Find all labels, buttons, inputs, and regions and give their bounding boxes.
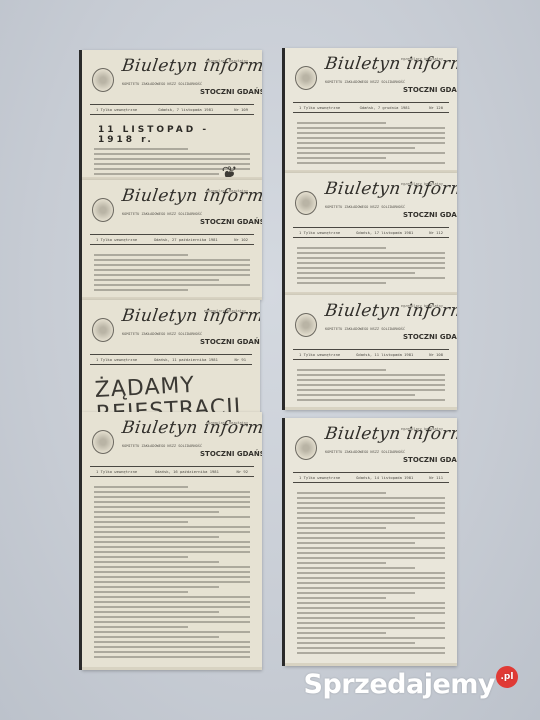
text-line: [297, 497, 445, 499]
text-line: [297, 572, 445, 574]
text-line: [297, 557, 445, 559]
emblem-icon: [92, 68, 114, 92]
newsletter-sheet: Biuletyn informacyjnyKomitetu Zakładoweg…: [82, 412, 262, 670]
text-line: [297, 647, 445, 649]
text-line: [94, 526, 250, 528]
text-line: [297, 379, 445, 381]
text-line: [297, 537, 445, 539]
text-line: [94, 511, 219, 513]
text-line: [94, 254, 188, 256]
masthead: Biuletyn informacyjnyKomitetu Zakładoweg…: [82, 300, 260, 354]
newsletter-body: ŻĄDAMY REJESTRACJI NSZZ: [82, 365, 260, 418]
newsletter-tag: egzemplarz bezpłatny: [401, 182, 443, 186]
text-line: [94, 606, 250, 608]
watermark-text: Sprzedajemy: [304, 669, 495, 700]
text-line: [297, 127, 445, 129]
text-line: [94, 601, 250, 603]
text-line: [297, 394, 415, 396]
stacked-page-edge: [285, 407, 457, 410]
text-line: [297, 632, 386, 634]
text-line: [94, 496, 250, 498]
masthead: Biuletyn informacyjnyKomitetu Zakładoweg…: [82, 50, 262, 104]
text-line: [297, 257, 445, 259]
emblem-icon: [295, 191, 317, 215]
text-line: [297, 597, 386, 599]
issue-label: 1 Tylko wewnętrzne: [299, 105, 340, 110]
text-line: [297, 617, 415, 619]
watermark: Sprzedajemy.pl: [304, 669, 518, 702]
text-line: [297, 147, 415, 149]
issue-label: 1 Tylko wewnętrzne: [96, 107, 137, 112]
newsletter-tag: egzemplarz bezpłatny: [206, 189, 248, 193]
text-line: [94, 656, 250, 658]
issue-info-bar: 1 Tylko wewnętrzneGdańsk, 14 listopada 1…: [293, 472, 449, 483]
emblem-icon: [295, 436, 317, 460]
newsletter-body: [285, 360, 457, 401]
issue-label: 1 Tylko wewnętrzne: [96, 237, 137, 242]
newsletter-tag: egzemplarz bezpłatny: [204, 309, 246, 313]
text-line: [94, 636, 219, 638]
masthead: Biuletyn informacyjnyKomitetu Zakładoweg…: [82, 412, 262, 466]
newsletter-body: [82, 245, 262, 291]
newsletter-body: [285, 483, 457, 654]
masthead: Biuletyn informacyjnyKomitetu Zakładoweg…: [285, 173, 457, 227]
text-line: [297, 267, 445, 269]
text-line: [297, 552, 445, 554]
masthead: Biuletyn informacyjnyKomitetu Zakładoweg…: [82, 180, 262, 234]
text-line: [297, 542, 415, 544]
text-line: [297, 247, 386, 249]
text-line: [297, 582, 445, 584]
newsletter-tag: egzemplarz bezpłatny: [206, 421, 248, 425]
text-line: [94, 274, 250, 276]
text-line: [94, 571, 250, 573]
issue-number: Nr 120: [429, 105, 443, 110]
text-line: [297, 399, 445, 401]
emblem-icon: [92, 430, 114, 454]
text-line: [94, 611, 219, 613]
text-line: [297, 652, 445, 654]
text-line: [297, 577, 445, 579]
text-line: [297, 132, 445, 134]
text-line: [94, 491, 250, 493]
newsletter-sheet: Biuletyn informacyjnyKomitetu Zakładoweg…: [82, 50, 262, 180]
text-line: [94, 581, 250, 583]
issue-number: Nr 102: [234, 237, 248, 242]
newsletter-org: STOCZNI GDAŃSKIEJ: [403, 333, 457, 341]
text-line: [94, 586, 219, 588]
text-line: [297, 637, 445, 639]
text-line: [297, 252, 445, 254]
text-line: [297, 492, 386, 494]
text-line: [94, 516, 250, 518]
issue-date: Gdańsk, 7 listopada 1981: [158, 107, 213, 112]
text-line: [94, 501, 250, 503]
text-line: [297, 512, 445, 514]
text-line: [297, 517, 415, 519]
issue-number: Nr 111: [429, 475, 443, 480]
newsletter-body: [82, 477, 262, 658]
emblem-icon: [295, 313, 317, 337]
text-line: [297, 602, 445, 604]
masthead: Biuletyn informacyjnyKomitetu Zakładoweg…: [285, 295, 457, 349]
text-line: [297, 142, 445, 144]
text-line: [297, 607, 445, 609]
issue-info-bar: 1 Tylko wewnętrzneGdańsk, 7 listopada 19…: [90, 104, 254, 115]
issue-label: 1 Tylko wewnętrzne: [299, 230, 340, 235]
issue-label: 1 Tylko wewnętrzne: [96, 357, 137, 362]
slogan: ŻĄDAMY REJESTRACJI NSZZ: [94, 371, 250, 418]
newsletter-tag: egzemplarz bezpłatny: [401, 57, 443, 61]
newsletter-tag: egzemplarz bezpłatny: [401, 304, 443, 308]
text-line: [297, 152, 445, 154]
text-line: [94, 541, 250, 543]
text-line: [94, 521, 188, 523]
text-line: [297, 137, 445, 139]
newsletter-sheet: Biuletyn informacyjnyKomitetu Zakładoweg…: [285, 173, 457, 295]
emblem-icon: [92, 318, 114, 342]
masthead: Biuletyn informacyjnyKomitetu Zakładoweg…: [285, 48, 457, 102]
emblem-icon: [295, 66, 317, 90]
newsletter-subtitle: Komitetu Zakładowego NSZZ Solidarność: [325, 327, 415, 332]
stacked-page-edge: [82, 667, 262, 670]
issue-number: Nr 108: [429, 352, 443, 357]
text-line: [297, 567, 415, 569]
text-line: [94, 269, 250, 271]
text-line: [94, 486, 188, 488]
newsletter-subtitle: Komitetu Zakładowego NSZZ Solidarność: [325, 205, 415, 210]
text-line: [297, 612, 445, 614]
text-line: [94, 576, 250, 578]
watermark-badge: .pl: [496, 666, 518, 688]
issue-number: Nr 112: [429, 230, 443, 235]
newsletter-subtitle: Komitetu Zakładowego NSZZ Solidarność: [122, 444, 212, 449]
text-line: [94, 596, 250, 598]
newsletter-sheet: Biuletyn informacyjnyKomitetu Zakładoweg…: [285, 48, 457, 173]
text-line: [297, 389, 445, 391]
newsletter-sheet: Biuletyn informacyjnyKomitetu Zakładoweg…: [82, 300, 260, 418]
issue-label: 1 Tylko wewnętrzne: [299, 352, 340, 357]
headline: 11 LISTOPAD - 1918 r.: [98, 125, 250, 145]
text-line: [297, 622, 445, 624]
newsletter-org: STOCZNI GDAŃSKIEJ: [200, 450, 262, 458]
text-line: [94, 651, 250, 653]
text-line: [94, 536, 219, 538]
text-line: [297, 374, 445, 376]
issue-date: Gdańsk, 27 października 1981: [154, 237, 218, 242]
text-line: [297, 547, 445, 549]
newsletter-subtitle: Komitetu Zakładowego NSZZ Solidarność: [122, 332, 212, 337]
newsletter-org: STOCZNI GDAŃSKIEJ: [200, 338, 260, 346]
newsletter-tag: egzemplarz bezpłatny: [401, 427, 443, 431]
text-line: [94, 631, 250, 633]
text-line: [297, 122, 386, 124]
text-line: [94, 173, 219, 175]
stacked-page-edge: [285, 663, 457, 666]
newsletter-body: [285, 238, 457, 284]
text-line: [94, 621, 250, 623]
text-line: [94, 626, 188, 628]
issue-date: Gdańsk, 7 grudnia 1981: [360, 105, 410, 110]
text-line: [297, 262, 445, 264]
issue-info-bar: 1 Tylko wewnętrzneGdańsk, 16 październik…: [90, 466, 254, 477]
text-line: [94, 551, 250, 553]
newsletter-sheet: Biuletyn informacyjnyKomitetu Zakładoweg…: [285, 418, 457, 666]
newsletter-subtitle: Komitetu Zakładowego NSZZ Solidarność: [122, 212, 212, 217]
newsletter-org: STOCZNI GDAŃSKIEJ: [403, 211, 457, 219]
text-line: [297, 627, 445, 629]
masthead: Biuletyn informacyjnyKomitetu Zakładoweg…: [285, 418, 457, 472]
text-line: [297, 522, 445, 524]
text-line: [297, 642, 415, 644]
text-line: [94, 561, 219, 563]
issue-info-bar: 1 Tylko wewnętrzneGdańsk, 7 grudnia 1981…: [293, 102, 449, 113]
newsletter-subtitle: Komitetu Zakładowego NSZZ Solidarność: [325, 450, 415, 455]
text-line: [297, 272, 415, 274]
issue-label: 1 Tylko wewnętrzne: [299, 475, 340, 480]
text-line: [94, 259, 250, 261]
issue-date: Gdańsk, 16 października 1981: [155, 469, 219, 474]
text-line: [94, 566, 250, 568]
text-line: [297, 157, 386, 159]
text-line: [297, 369, 386, 371]
issue-date: Gdańsk, 11 listopada 1981: [356, 352, 413, 357]
text-line: [297, 502, 445, 504]
text-line: [94, 641, 250, 643]
newsletter-sheet: Biuletyn informacyjnyKomitetu Zakładoweg…: [82, 180, 262, 300]
newsletter-subtitle: Komitetu Zakładowego NSZZ Solidarność: [122, 82, 212, 87]
text-line: [94, 646, 250, 648]
newsletter-body: [285, 113, 457, 164]
text-line: [297, 592, 415, 594]
newsletter-subtitle: Komitetu Zakładowego NSZZ Solidarność: [325, 80, 415, 85]
text-line: [94, 148, 188, 150]
issue-date: Gdańsk, 17 listopada 1981: [356, 230, 413, 235]
issue-date: Gdańsk, 14 listopada 1981: [356, 475, 413, 480]
text-line: [297, 277, 445, 279]
text-line: [297, 527, 386, 529]
newsletter-org: STOCZNI GDAŃSKIEJ: [200, 218, 262, 226]
text-line: [297, 587, 445, 589]
newsletter-sheet: Biuletyn informacyjnyKomitetu Zakładoweg…: [285, 295, 457, 410]
emblem-icon: [92, 198, 114, 222]
text-line: [94, 546, 250, 548]
text-line: [94, 591, 188, 593]
text-line: [297, 562, 386, 564]
issue-info-bar: 1 Tylko wewnętrzneGdańsk, 11 listopada 1…: [293, 349, 449, 360]
text-line: [94, 616, 250, 618]
text-line: [94, 531, 250, 533]
text-line: [297, 532, 445, 534]
issue-label: 1 Tylko wewnętrzne: [96, 469, 137, 474]
newsletter-tag: egzemplarz bezpłatny: [206, 59, 248, 63]
text-line: [94, 556, 188, 558]
issue-info-bar: 1 Tylko wewnętrzneGdańsk, 17 listopada 1…: [293, 227, 449, 238]
issue-info-bar: 1 Tylko wewnętrzneGdańsk, 11 październik…: [90, 354, 252, 365]
newsletter-org: STOCZNI GDAŃSKIEJ: [403, 456, 457, 464]
newsletter-org: STOCZNI GDAŃSKIEJ: [200, 88, 262, 96]
issue-number: Nr 91: [235, 357, 246, 362]
text-line: [94, 289, 188, 291]
text-line: [297, 282, 386, 284]
issue-number: Nr 92: [237, 469, 248, 474]
issue-info-bar: 1 Tylko wewnętrzneGdańsk, 27 październik…: [90, 234, 254, 245]
text-line: [94, 279, 219, 281]
text-line: [94, 284, 250, 286]
text-line: [94, 153, 250, 155]
text-line: [94, 264, 250, 266]
text-line: [94, 506, 250, 508]
issue-number: Nr 109: [234, 107, 248, 112]
newsletter-org: STOCZNI GDAŃSKIEJ: [403, 86, 457, 94]
text-line: [297, 384, 445, 386]
text-line: [297, 507, 445, 509]
issue-date: Gdańsk, 11 października 1981: [154, 357, 218, 362]
text-line: [297, 162, 445, 164]
